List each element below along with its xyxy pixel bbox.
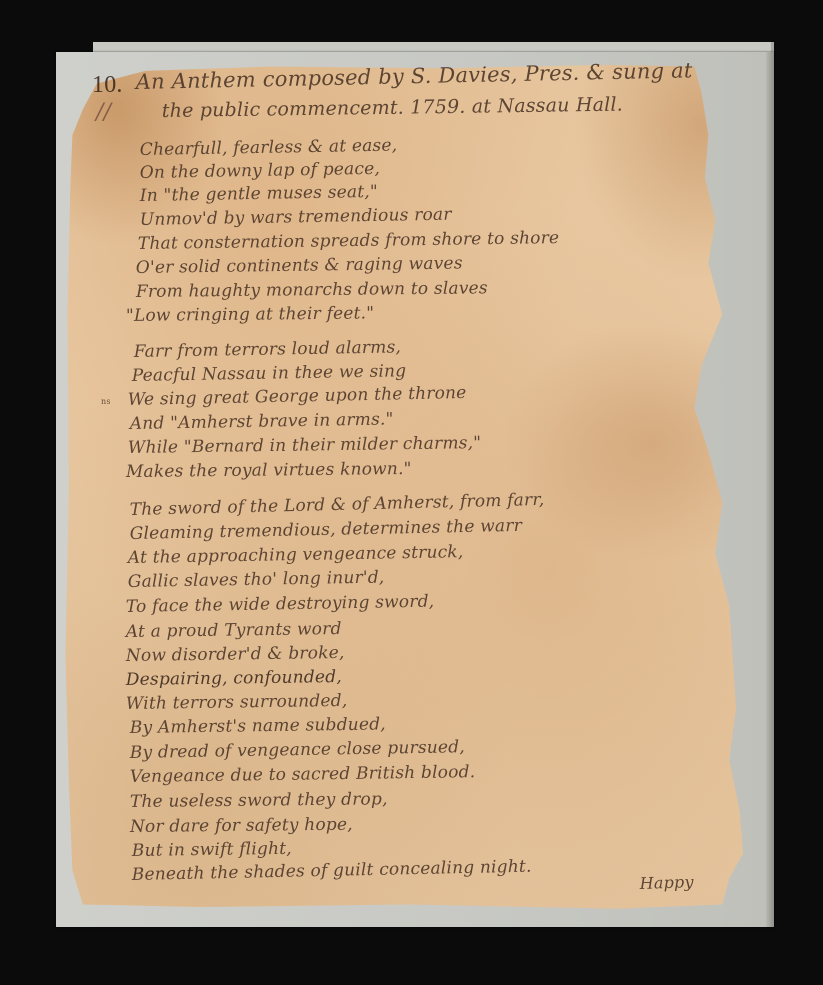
stanza-3-line-12: Vengeance due to sacred British blood. bbox=[130, 762, 476, 787]
stanza-3-line-11: By dread of vengeance close pursued, bbox=[130, 737, 465, 763]
stanza-3-line-6: At a proud Tyrants word bbox=[126, 619, 342, 642]
header-line-2: the public commencemt. 1759. at Nassau H… bbox=[162, 94, 623, 122]
stanza-3-line-2: Gleaming tremendious, determines the war… bbox=[130, 516, 523, 544]
margin-mark: // bbox=[96, 100, 111, 125]
stanza-1-line-7: From haughty monarchs down to slaves bbox=[136, 278, 488, 302]
stanza-3-line-16: Beneath the shades of guilt concealing n… bbox=[132, 857, 532, 885]
stanza-2-line-4: And "Amherst brave in arms." bbox=[130, 409, 394, 434]
stanza-2-line-1: Farr from terrors loud alarms, bbox=[134, 337, 402, 362]
stanza-3-line-10: By Amherst's name subdued, bbox=[130, 714, 386, 738]
stanza-3-line-7: Now disorder'd & broke, bbox=[126, 643, 345, 666]
stanza-2-line-6: Makes the royal virtues known." bbox=[126, 459, 412, 482]
stanza-2-line-5: While "Bernard in their milder charms," bbox=[128, 433, 482, 458]
stanza-3-line-3: At the approaching vengeance struck, bbox=[128, 542, 464, 568]
stanza-2-line-3: We sing great George upon the throne bbox=[128, 383, 467, 410]
item-number: 10. bbox=[92, 72, 123, 99]
stanza-1-line-2: On the downy lap of peace, bbox=[140, 159, 381, 183]
stanza-2-line-2: Peacful Nassau in thee we sing bbox=[132, 361, 407, 386]
stanza-1-line-5: That consternation spreads from shore to… bbox=[138, 228, 560, 254]
stanza-1-line-8: "Low cringing at their feet." bbox=[126, 303, 375, 326]
stanza-3-line-4: Gallic slaves tho' long inur'd, bbox=[128, 568, 385, 592]
stanza-3-line-13: The useless sword they drop, bbox=[130, 789, 388, 812]
stanza-3-line-14: Nor dare for safety hope, bbox=[130, 815, 353, 837]
stanza-1-line-6: O'er solid continents & raging waves bbox=[136, 253, 463, 278]
document-scan: 10. // An Anthem composed by S. Davies, … bbox=[0, 0, 823, 985]
stanza-3-line-5: To face the wide destroying sword, bbox=[126, 592, 435, 617]
stanza-3-line-9: With terrors surrounded, bbox=[126, 691, 348, 714]
margin-note: ns bbox=[101, 397, 111, 406]
stanza-1-line-3: In "the gentle muses seat," bbox=[140, 182, 378, 206]
stanza-1-line-4: Unmov'd by wars tremendious roar bbox=[140, 205, 452, 230]
manuscript-text: 10. // An Anthem composed by S. Davies, … bbox=[0, 0, 823, 985]
header-line-1: An Anthem composed by S. Davies, Pres. &… bbox=[135, 58, 692, 94]
stanza-3-line-1: The sword of the Lord & of Amherst, from… bbox=[130, 490, 545, 520]
catchword: Happy bbox=[639, 872, 694, 893]
stanza-3-line-8: Despairing, confounded, bbox=[126, 667, 342, 690]
stanza-3-line-15: But in swift flight, bbox=[132, 839, 292, 861]
stanza-1-line-1: Chearfull, fearless & at ease, bbox=[140, 136, 398, 160]
